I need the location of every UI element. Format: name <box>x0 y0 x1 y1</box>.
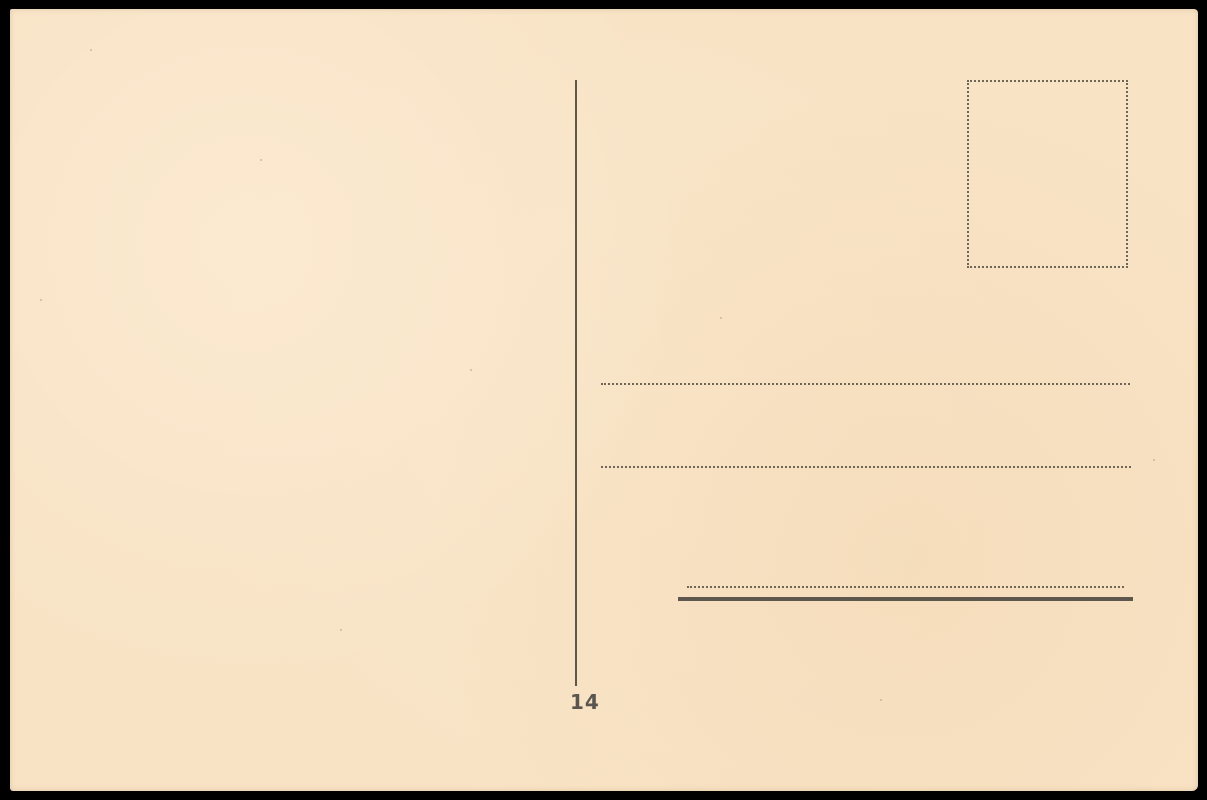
address-line-1 <box>601 383 1130 385</box>
stamp-placement-box <box>967 80 1128 268</box>
card-number: 14 <box>570 690 600 714</box>
paper-fleck <box>90 49 92 51</box>
paper-fleck <box>340 629 342 631</box>
paper-fleck <box>1153 459 1155 461</box>
postcard-back: 14 <box>10 9 1198 791</box>
paper-fleck <box>40 299 42 301</box>
paper-fleck <box>880 699 882 701</box>
address-line-3 <box>687 586 1124 588</box>
paper-fleck <box>720 317 722 319</box>
message-address-divider <box>575 80 577 686</box>
address-line-2 <box>601 466 1131 468</box>
paper-fleck <box>470 369 472 371</box>
paper-fleck <box>260 159 262 161</box>
address-line-underline <box>678 597 1133 601</box>
